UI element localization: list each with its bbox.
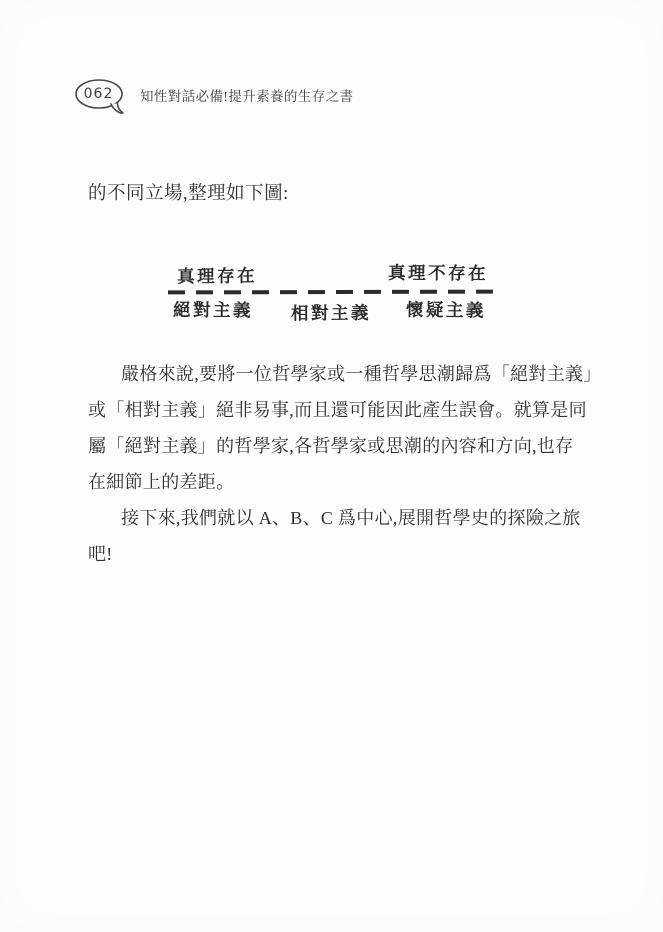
diagram-label-relativism: 相對主義 [291, 300, 371, 326]
body-line: 或「相對主義」絕非易事,而且還可能因此產生誤會。就算是同 [88, 392, 600, 428]
body-text: 嚴格來說,要將一位哲學家或一種哲學思潮歸爲「絕對主義」 或「相對主義」絕非易事,… [88, 356, 600, 572]
page-number-bubble: 062 [74, 78, 128, 116]
page-header: 062 知性對話必備!提升素養的生存之書 [0, 0, 663, 130]
book-page: 062 知性對話必備!提升素養的生存之書 的不同立場,整理如下圖: 真理存在 真… [0, 0, 663, 932]
intro-paragraph: 的不同立場,整理如下圖: [88, 182, 289, 206]
spectrum-dashed-line [168, 290, 501, 294]
body-line: 屬「絕對主義」的哲學家,各哲學家或思潮的內容和方向,也存 [88, 428, 600, 464]
diagram-label-skepticism: 懷疑主義 [406, 297, 486, 323]
body-line: 在細節上的差距。 [88, 464, 600, 500]
diagram-label-truth-exists: 真理存在 [177, 263, 257, 289]
diagram-label-absolutism: 絕對主義 [173, 297, 253, 323]
page-number: 062 [75, 86, 122, 102]
body-line: 吧! [88, 536, 600, 572]
body-line: 接下來,我們就以 A、B、C 爲中心,展開哲學史的探險之旅 [88, 500, 600, 536]
diagram-label-truth-not-exists: 真理不存在 [388, 260, 488, 286]
book-title: 知性對話必備!提升素養的生存之書 [140, 85, 353, 105]
body-line: 嚴格來說,要將一位哲學家或一種哲學思潮歸爲「絕對主義」 [88, 356, 600, 392]
